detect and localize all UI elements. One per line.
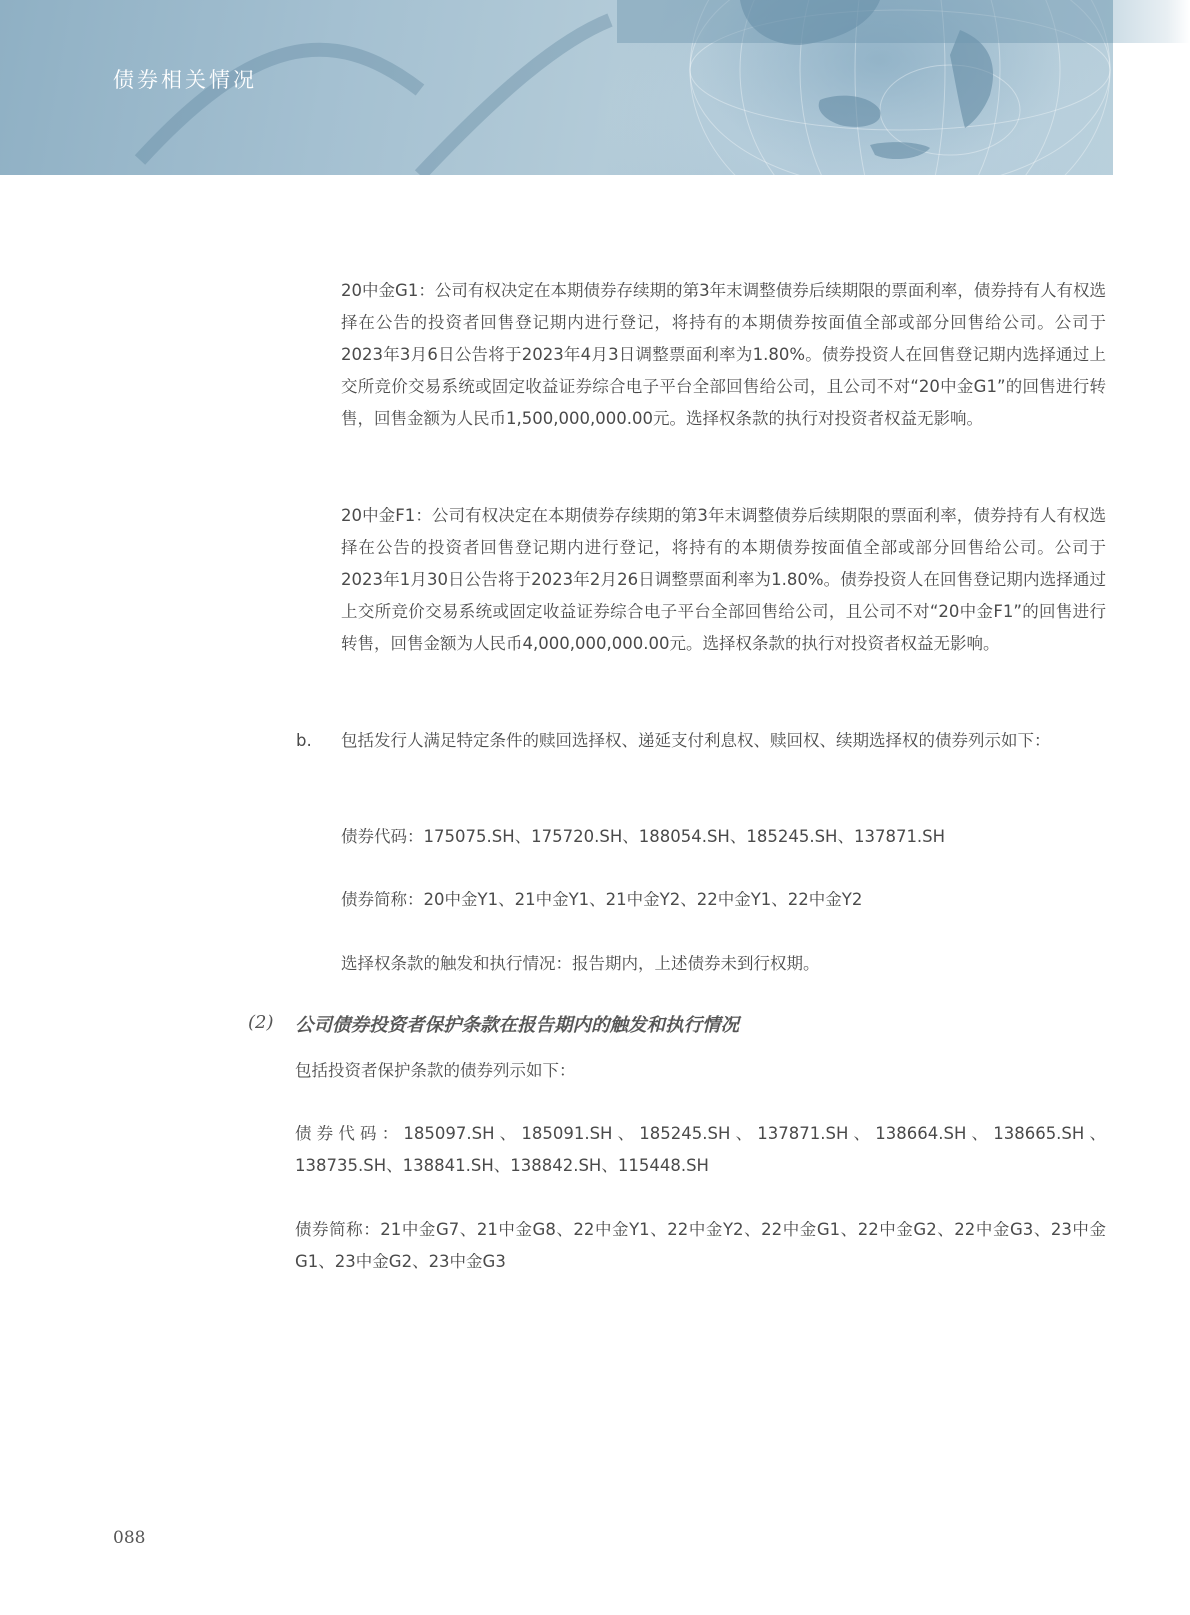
section-2-heading: 公司债券投资者保护条款在报告期内的触发和执行情况 [295, 1011, 739, 1037]
page-number: 088 [113, 1528, 145, 1548]
section-2-bond-codes: 债券代码：185097.SH、185091.SH、185245.SH、13787… [295, 1118, 1106, 1182]
item-b-bond-names: 债券简称：20中金Y1、21中金Y1、21中金Y2、22中金Y1、22中金Y2 [341, 884, 1106, 916]
item-b-exercise-status: 选择权条款的触发和执行情况：报告期内，上述债券未到行权期。 [341, 948, 1106, 980]
g1-option-paragraph: 20中金G1：公司有权决定在本期债券存续期的第3年末调整债券后续期限的票面利率，… [341, 275, 1106, 435]
banner-strip [617, 0, 1113, 43]
item-b-bond-codes: 债券代码：175075.SH、175720.SH、188054.SH、18524… [341, 821, 1106, 853]
section-2-number: (2) [248, 1012, 274, 1033]
banner-extension [1113, 0, 1190, 43]
header-banner: 债券相关情况 [0, 0, 1113, 175]
section-2-bond-names: 债券简称：21中金G7、21中金G8、22中金Y1、22中金Y2、22中金G1、… [295, 1214, 1106, 1278]
item-b-text: 包括发行人满足特定条件的赎回选择权、递延支付利息权、赎回权、续期选择权的债券列示… [341, 725, 1106, 757]
section-2-intro: 包括投资者保护条款的债券列示如下： [295, 1055, 1106, 1087]
list-marker-b: b. [296, 725, 312, 757]
f1-option-paragraph: 20中金F1：公司有权决定在本期债券存续期的第3年末调整债券后续期限的票面利率，… [341, 500, 1106, 660]
section-title: 债券相关情况 [113, 64, 257, 94]
